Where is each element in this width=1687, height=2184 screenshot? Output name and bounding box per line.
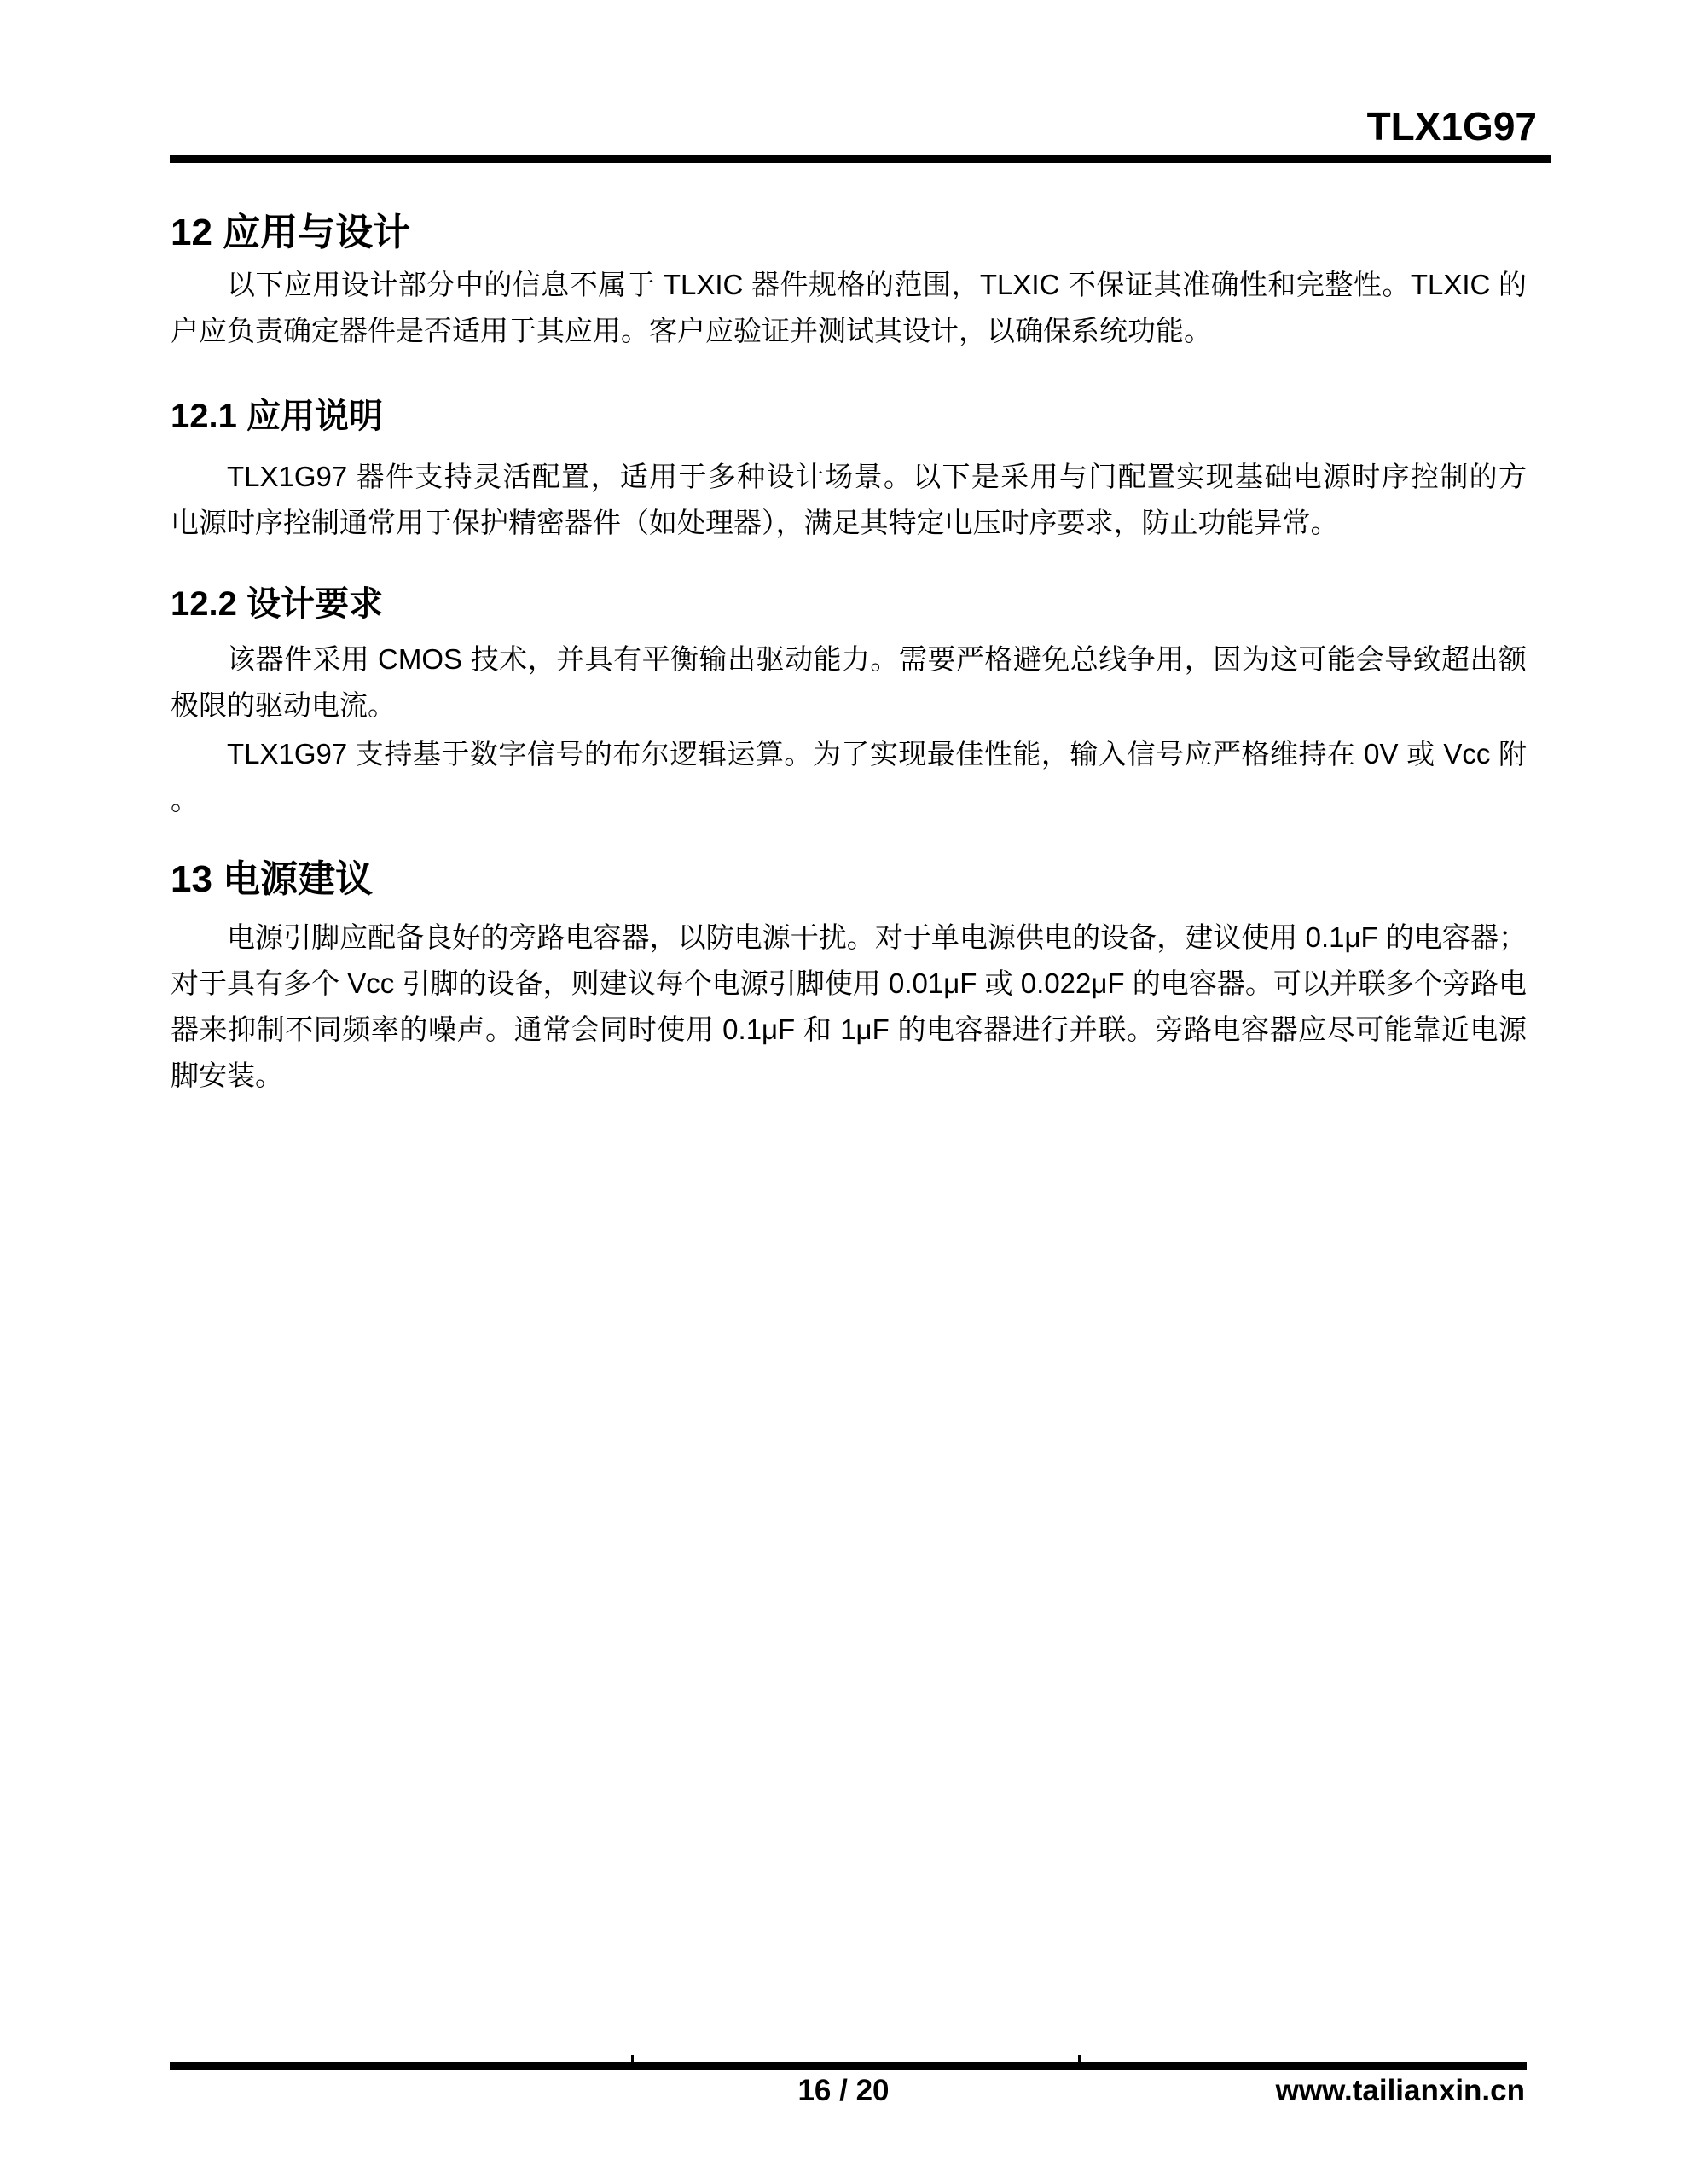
section-12-2-heading: 12.2 设计要求 [171,582,383,626]
text-line: 。 [171,777,1527,823]
section-12-heading: 12 应用与设计 [171,208,410,258]
datasheet-page: TLX1G97 12 应用与设计 以下应用设计部分中的信息不属于 TLXIC 器… [0,0,1687,2184]
website-link[interactable]: www.tailianxin.cn [1276,2071,1525,2111]
text-line: TLX1G97 器件支持灵活配置，适用于多种设计场景。以下是采用与门配置实现基础… [171,454,1527,500]
text-line: 对于具有多个 Vᴄᴄ 引脚的设备，则建议每个电源引脚使用 0.01μF 或 0.… [171,961,1527,1007]
text-line: 电源引脚应配备良好的旁路电容器，以防电源干扰。对于单电源供电的设备，建议使用 0… [171,915,1527,961]
section-12-1-paragraph: TLX1G97 器件支持灵活配置，适用于多种设计场景。以下是采用与门配置实现基础… [171,454,1527,546]
text-line: 极限的驱动电流。 [171,682,1527,729]
footer-rule [170,2062,1527,2070]
text-line: 该器件采用 CMOS 技术，并具有平衡输出驱动能力。需要严格避免总线争用，因为这… [171,636,1527,682]
section-12-paragraph: 以下应用设计部分中的信息不属于 TLXIC 器件规格的范围，TLXIC 不保证其… [171,262,1527,354]
section-12-1-heading: 12.1 应用说明 [171,394,383,439]
text-line: 器来抑制不同频率的噪声。通常会同时使用 0.1μF 和 1μF 的电容器进行并联… [171,1007,1527,1053]
text-line: 户应负责确定器件是否适用于其应用。客户应验证并测试其设计，以确保系统功能。 [171,308,1527,354]
text-line: 以下应用设计部分中的信息不属于 TLXIC 器件规格的范围，TLXIC 不保证其… [171,262,1527,308]
section-12-2-paragraph-1: 该器件采用 CMOS 技术，并具有平衡输出驱动能力。需要严格避免总线争用，因为这… [171,636,1527,729]
page-title: TLX1G97 [1367,104,1537,148]
text-line: 脚安装。 [171,1053,1527,1099]
section-13-heading: 13 电源建议 [171,855,373,904]
section-13-paragraph: 电源引脚应配备良好的旁路电容器，以防电源干扰。对于单电源供电的设备，建议使用 0… [171,915,1527,1099]
text-line: 电源时序控制通常用于保护精密器件（如处理器），满足其特定电压时序要求，防止功能异… [171,500,1527,546]
section-12-2-paragraph-2: TLX1G97 支持基于数字信号的布尔逻辑运算。为了实现最佳性能，输入信号应严格… [171,731,1527,823]
header-rule [170,155,1551,163]
text-line: TLX1G97 支持基于数字信号的布尔逻辑运算。为了实现最佳性能，输入信号应严格… [171,731,1527,777]
